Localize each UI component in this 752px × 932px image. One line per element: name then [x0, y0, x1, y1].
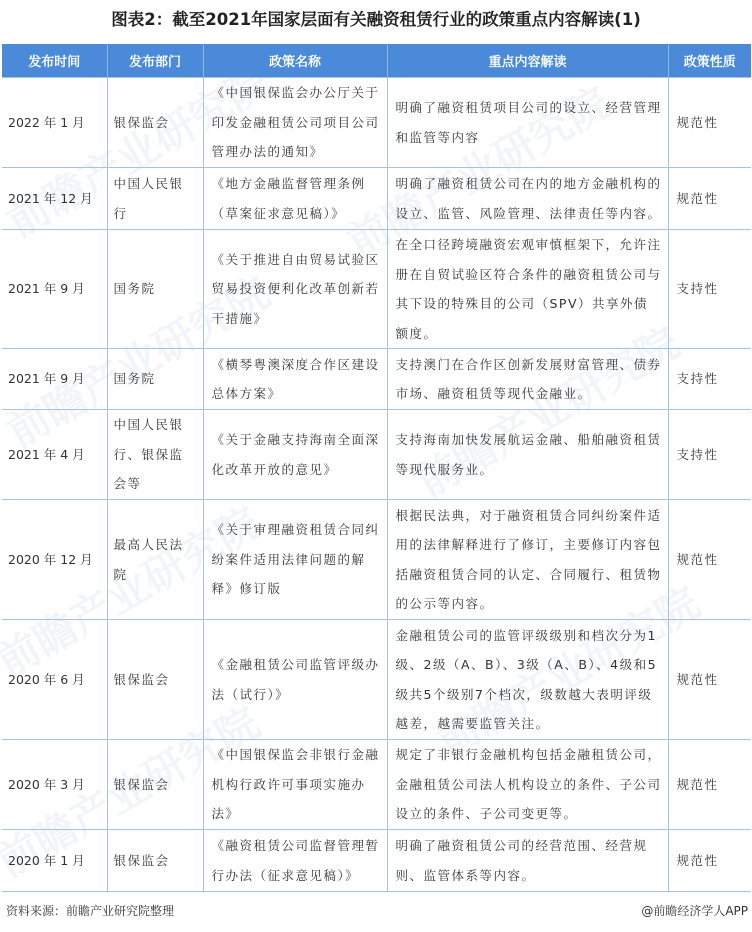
- cell-content: 明确了融资租赁公司在内的地方金融机构的设立、监管、风险管理、法律责任等内容。: [387, 168, 668, 230]
- table-row: 2021 年 12 月中国人民银行《地方金融监督管理条例（草案征求意见稿）》明确…: [2, 168, 751, 230]
- cell-policy-name: 《中国银保监会非银行金融机构行政许可事项实施办法》: [203, 740, 387, 830]
- cell-dept: 银保监会: [107, 78, 203, 168]
- cell-date: 2020 年 3 月: [2, 740, 107, 830]
- cell-date: 2021 年 9 月: [2, 349, 107, 410]
- cell-nature: 规范性: [668, 168, 751, 230]
- header-nature: 政策性质: [668, 44, 751, 78]
- footer: 资料来源：前瞻产业研究院整理 @前瞻经济学人APP: [6, 902, 748, 922]
- cell-content: 在全口径跨境融资宏观审慎框架下，允许注册在自贸试验区符合条件的融资租赁公司与其下…: [387, 230, 668, 349]
- cell-date: 2022 年 1 月: [2, 78, 107, 168]
- cell-nature: 支持性: [668, 349, 751, 410]
- cell-nature: 规范性: [668, 620, 751, 740]
- cell-policy-name: 《关于推进自由贸易试验区贸易投资便利化改革创新若干措施》: [203, 230, 387, 349]
- cell-nature: 规范性: [668, 740, 751, 830]
- cell-policy-name: 《关于审理融资租赁合同纠纷案件适用法律问题的解释》修订版: [203, 500, 387, 620]
- source-note: 资料来源：前瞻产业研究院整理: [6, 902, 174, 919]
- cell-dept: 国务院: [107, 230, 203, 349]
- brand-label: @前瞻经济学人APP: [641, 902, 748, 919]
- table-header-row: 发布时间 发布部门 政策名称 重点内容解读 政策性质: [2, 44, 751, 78]
- cell-content: 明确了融资租赁公司的经营范围、经营规则、监管体系等内容。: [387, 830, 668, 892]
- cell-nature: 支持性: [668, 410, 751, 500]
- cell-dept: 国务院: [107, 349, 203, 410]
- table-row: 2020 年 3 月银保监会《中国银保监会非银行金融机构行政许可事项实施办法》规…: [2, 740, 751, 830]
- cell-content: 支持海南加快发展航运金融、船舶融资租赁等现代服务业。: [387, 410, 668, 500]
- table-row: 2021 年 9 月国务院《关于推进自由贸易试验区贸易投资便利化改革创新若干措施…: [2, 230, 751, 349]
- cell-dept: 银保监会: [107, 620, 203, 740]
- header-name: 政策名称: [203, 44, 387, 78]
- table-row: 2022 年 1 月银保监会《中国银保监会办公厅关于印发金融租赁公司项目公司管理…: [2, 78, 751, 168]
- header-content: 重点内容解读: [387, 44, 668, 78]
- table-row: 2020 年 12 月最高人民法院《关于审理融资租赁合同纠纷案件适用法律问题的解…: [2, 500, 751, 620]
- policy-table: 发布时间 发布部门 政策名称 重点内容解读 政策性质 2022 年 1 月银保监…: [2, 44, 751, 892]
- page-title: 图表2：截至2021年国家层面有关融资租赁行业的政策重点内容解读(1): [0, 8, 752, 32]
- header-dept: 发布部门: [107, 44, 203, 78]
- cell-date: 2021 年 9 月: [2, 230, 107, 349]
- cell-dept: 中国人民银行、银保监会等: [107, 410, 203, 500]
- cell-date: 2021 年 12 月: [2, 168, 107, 230]
- cell-content: 规定了非银行金融机构包括金融租赁公司，金融租赁公司法人机构设立的条件、子公司设立…: [387, 740, 668, 830]
- cell-nature: 规范性: [668, 830, 751, 892]
- cell-content: 明确了融资租赁项目公司的设立、经营管理和监管等内容: [387, 78, 668, 168]
- table-row: 2021 年 9 月国务院《横琴粤澳深度合作区建设总体方案》支持澳门在合作区创新…: [2, 349, 751, 410]
- cell-date: 2020 年 1 月: [2, 830, 107, 892]
- cell-policy-name: 《地方金融监督管理条例（草案征求意见稿）》: [203, 168, 387, 230]
- cell-policy-name: 《中国银保监会办公厅关于印发金融租赁公司项目公司管理办法的通知》: [203, 78, 387, 168]
- cell-content: 根据民法典，对于融资租赁合同纠纷案件适用的法律解释进行了修订，主要修订内容包括融…: [387, 500, 668, 620]
- cell-policy-name: 《关于金融支持海南全面深化改革开放的意见》: [203, 410, 387, 500]
- cell-nature: 规范性: [668, 78, 751, 168]
- cell-dept: 中国人民银行: [107, 168, 203, 230]
- table-row: 2020 年 1 月银保监会《融资租赁公司监督管理暂行办法（征求意见稿）》明确了…: [2, 830, 751, 892]
- cell-content: 支持澳门在合作区创新发展财富管理、债券市场、融资租赁等现代金融业。: [387, 349, 668, 410]
- cell-date: 2021 年 4 月: [2, 410, 107, 500]
- table-row: 2021 年 4 月中国人民银行、银保监会等《关于金融支持海南全面深化改革开放的…: [2, 410, 751, 500]
- cell-dept: 最高人民法院: [107, 500, 203, 620]
- cell-policy-name: 《横琴粤澳深度合作区建设总体方案》: [203, 349, 387, 410]
- header-date: 发布时间: [2, 44, 107, 78]
- cell-dept: 银保监会: [107, 830, 203, 892]
- cell-date: 2020 年 12 月: [2, 500, 107, 620]
- cell-policy-name: 《金融租赁公司监管评级办法（试行）》: [203, 620, 387, 740]
- cell-content: 金融租赁公司的监管评级级别和档次分为1级、2级（A、B）、3级（A、B）、4级和…: [387, 620, 668, 740]
- cell-dept: 银保监会: [107, 740, 203, 830]
- cell-policy-name: 《融资租赁公司监督管理暂行办法（征求意见稿）》: [203, 830, 387, 892]
- table-row: 2020 年 6 月银保监会《金融租赁公司监管评级办法（试行）》金融租赁公司的监…: [2, 620, 751, 740]
- cell-nature: 支持性: [668, 230, 751, 349]
- cell-nature: 规范性: [668, 500, 751, 620]
- cell-date: 2020 年 6 月: [2, 620, 107, 740]
